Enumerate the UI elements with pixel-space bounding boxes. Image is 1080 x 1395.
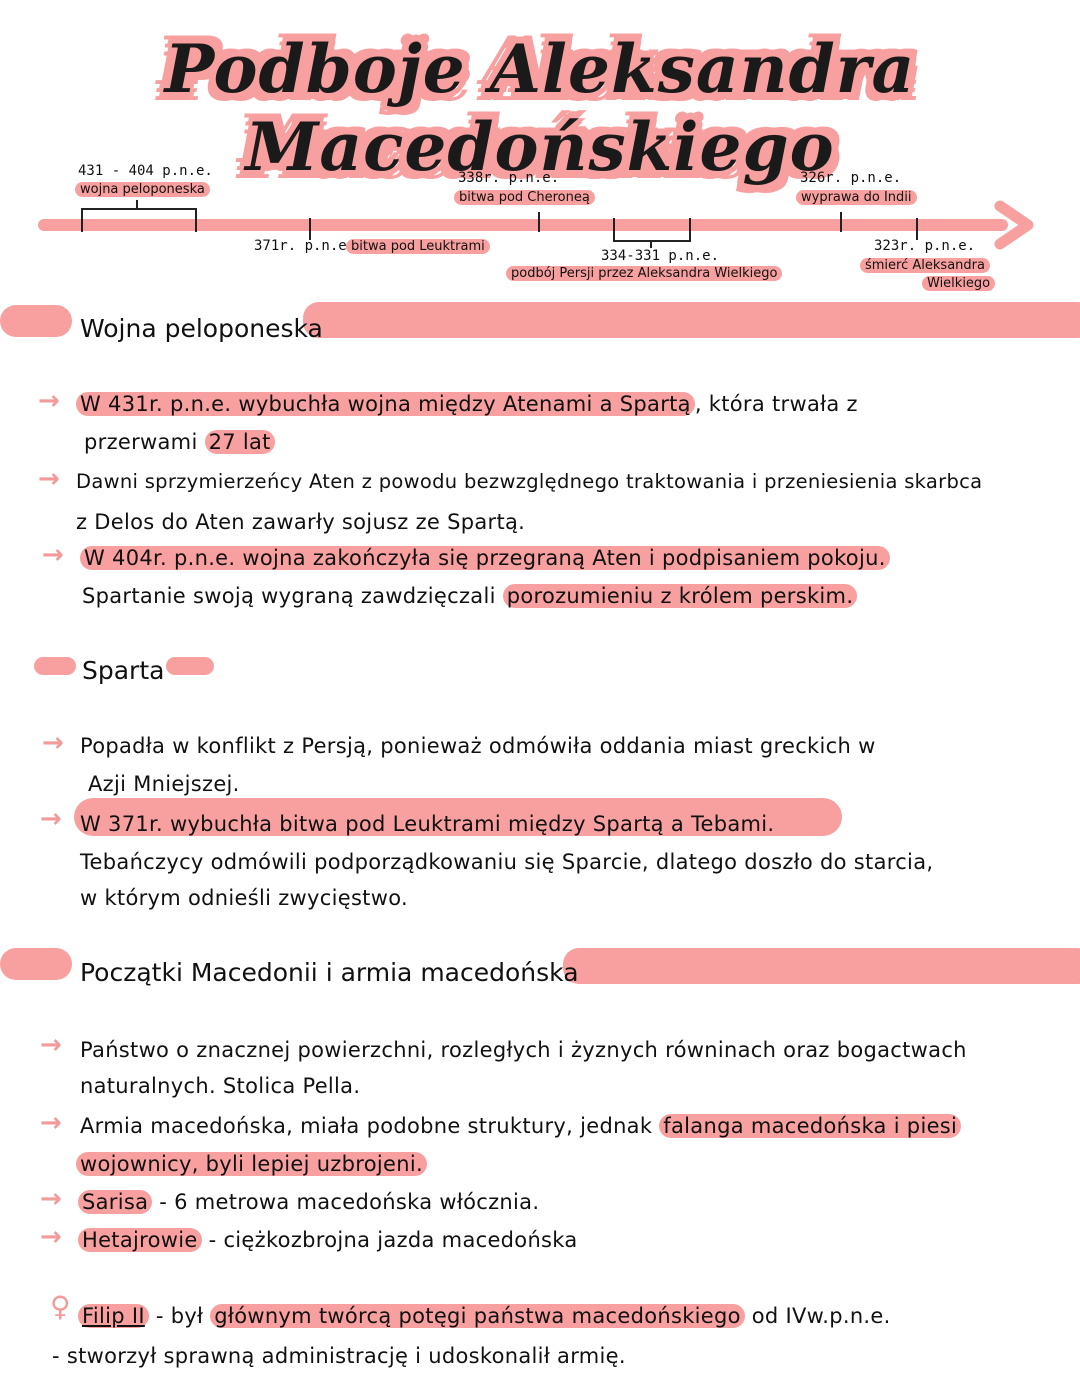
section-bar bbox=[166, 657, 214, 675]
arrow-right-icon bbox=[990, 200, 1040, 250]
timeline-tick bbox=[309, 218, 311, 240]
text: - 6 metrowa macedońska włócznia. bbox=[152, 1190, 539, 1214]
section-bar bbox=[563, 948, 1080, 984]
highlight: głównym twórcą potęgi państwa macedoński… bbox=[210, 1304, 745, 1328]
person-icon: ♀ bbox=[50, 1290, 71, 1323]
highlight: Filip II bbox=[78, 1304, 149, 1328]
list-item: W 431r. p.n.e. wybuchła wojna między Ate… bbox=[76, 392, 858, 416]
timeline-bracket bbox=[613, 218, 691, 242]
arrow-right-icon: → bbox=[40, 804, 62, 834]
arrow-right-icon: → bbox=[40, 1184, 62, 1214]
list-item: naturalnych. Stolica Pella. bbox=[80, 1074, 360, 1098]
arrow-right-icon: → bbox=[38, 386, 60, 416]
timeline-date: 371r. p.n.e. bbox=[254, 238, 355, 254]
arrow-right-icon: → bbox=[40, 1030, 62, 1060]
timeline-date: 431 - 404 p.n.e. bbox=[78, 163, 213, 179]
section-bar bbox=[0, 305, 72, 337]
timeline-date: 323r. p.n.e. bbox=[874, 238, 975, 254]
highlight: falanga macedońska i piesi bbox=[659, 1114, 961, 1138]
text: Armia macedońska, miała podobne struktur… bbox=[80, 1114, 659, 1138]
list-item: Hetajrowie - ciężkozbrojna jazda macedoń… bbox=[78, 1228, 578, 1252]
section-bar bbox=[303, 302, 1080, 338]
text: - był bbox=[149, 1304, 210, 1328]
list-item: przerwami 27 lat bbox=[84, 430, 275, 454]
timeline-date: 334-331 p.n.e. bbox=[601, 248, 719, 264]
arrow-right-icon: → bbox=[42, 728, 64, 758]
section-title: Sparta bbox=[82, 656, 164, 685]
arrow-right-icon: → bbox=[38, 464, 60, 494]
highlight: wojownicy, byli lepiej uzbrojeni. bbox=[76, 1152, 427, 1176]
list-item: W 404r. p.n.e. wojna zakończyła się prze… bbox=[80, 546, 890, 570]
timeline-label: śmierć Aleksandra bbox=[860, 258, 990, 273]
section-title: Początki Macedonii i armia macedońska bbox=[80, 958, 579, 987]
text: - ciężkozbrojna jazda macedońska bbox=[202, 1228, 578, 1252]
section-bar bbox=[0, 948, 72, 980]
timeline-label: podbój Persji przez Aleksandra Wielkiego bbox=[506, 266, 782, 281]
highlight: porozumieniu z królem perskim. bbox=[503, 584, 858, 608]
text: od IVw.p.n.e. bbox=[745, 1304, 891, 1328]
list-item: Popadła w konflikt z Persją, ponieważ od… bbox=[80, 734, 876, 758]
highlight: W 404r. p.n.e. wojna zakończyła się prze… bbox=[80, 546, 890, 570]
timeline-label: bitwa pod Leuktrami bbox=[346, 239, 490, 254]
arrow-right-icon: → bbox=[40, 1108, 62, 1138]
timeline-tick bbox=[840, 212, 842, 232]
section-bar bbox=[34, 657, 76, 675]
list-item: Tebańczycy odmówili podporządkowaniu się… bbox=[80, 850, 933, 874]
list-item: Spartanie swoją wygraną zawdzięczali por… bbox=[82, 584, 857, 608]
highlight: 27 lat bbox=[205, 430, 275, 454]
section-title: Wojna peloponeska bbox=[80, 314, 323, 343]
filip-line: Filip II - był głównym twórcą potęgi pań… bbox=[78, 1304, 891, 1328]
list-item: Dawni sprzymierzeńcy Aten z powodu bezwz… bbox=[76, 470, 982, 493]
highlight: W 431r. p.n.e. wybuchła wojna między Ate… bbox=[76, 392, 695, 416]
timeline-bracket bbox=[81, 208, 197, 232]
list-item: Sarisa - 6 metrowa macedońska włócznia. bbox=[78, 1190, 539, 1214]
timeline-label: wojna peloponeska bbox=[75, 182, 210, 197]
text: , która trwała z bbox=[695, 392, 858, 416]
highlight: Hetajrowie bbox=[78, 1228, 202, 1252]
list-item: Armia macedońska, miała podobne struktur… bbox=[80, 1114, 961, 1138]
timeline-tick bbox=[916, 218, 918, 240]
list-item: Azji Mniejszej. bbox=[88, 772, 240, 796]
timeline-tick bbox=[650, 240, 652, 248]
list-item: wojownicy, byli lepiej uzbrojeni. bbox=[76, 1152, 427, 1176]
filip-line-2: - stworzył sprawną administrację i udosk… bbox=[52, 1344, 626, 1368]
timeline-label: bitwa pod Cheroneą bbox=[454, 190, 595, 205]
highlight: Sarisa bbox=[78, 1190, 152, 1214]
timeline-label: Wielkiego bbox=[922, 276, 995, 291]
arrow-right-icon: → bbox=[40, 1222, 62, 1252]
timeline-tick bbox=[538, 212, 540, 232]
timeline-label: wyprawa do Indii bbox=[796, 190, 917, 205]
list-item: w którym odnieśli zwycięstwo. bbox=[80, 886, 408, 910]
text: przerwami bbox=[84, 430, 205, 454]
list-item: Państwo o znacznej powierzchni, rozległy… bbox=[80, 1038, 967, 1062]
timeline-tick bbox=[136, 200, 138, 209]
list-item: W 371r. wybuchła bitwa pod Leuktrami mię… bbox=[80, 812, 774, 836]
text: Spartanie swoją wygraną zawdzięczali bbox=[82, 584, 503, 608]
timeline-date: 338r. p.n.e. bbox=[458, 170, 559, 186]
list-item: z Delos do Aten zawarły sojusz ze Spartą… bbox=[76, 510, 525, 534]
timeline-date: 326r. p.n.e. bbox=[800, 170, 901, 186]
arrow-right-icon: → bbox=[42, 540, 64, 570]
